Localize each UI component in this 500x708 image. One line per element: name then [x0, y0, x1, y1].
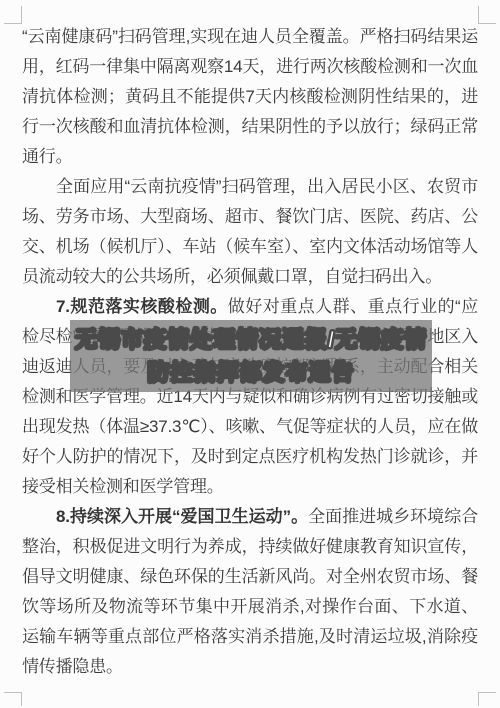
paragraph-text: 全面推进城乡环境综合整治，积极促进文明行为养成，持续做好健康教育知识宣传，倡导文…: [22, 507, 478, 676]
paragraph-health-code: “云南健康码”扫码管理,实现在迪人员全覆盖。严格扫码结果运用，红码一律集中隔离观…: [22, 22, 478, 172]
paragraph-heading: 7.规范落实核酸检测。: [56, 297, 228, 316]
text-boundary-mark-top-left: [4, 6, 22, 24]
headline-overlay: 无锡市疫情处理情况通报/无锡疫情 防控指挥部发布通告: [70, 320, 432, 392]
document-page: “云南健康码”扫码管理,实现在迪人员全覆盖。严格扫码结果运用，红码一律集中隔离观…: [0, 0, 500, 708]
paragraph-heading: 8.持续深入开展“爱国卫生运动”。: [56, 507, 308, 526]
text-boundary-mark-bottom-right: [478, 692, 496, 706]
paragraph-text: “云南健康码”扫码管理,实现在迪人员全覆盖。严格扫码结果运用，红码一律集中隔离观…: [22, 27, 478, 166]
headline-line-2: 防控指挥部发布通告: [147, 356, 354, 389]
paragraph-item-8-patriotic-health: 8.持续深入开展“爱国卫生运动”。全面推进城乡环境综合整治，积极促进文明行为养成…: [22, 502, 478, 682]
text-boundary-mark-bottom-left: [4, 692, 22, 706]
paragraph-scan-code-places: 全面应用“云南抗疫情”扫码管理，出入居民小区、农贸市场、劳务市场、大型商场、超市…: [22, 172, 478, 292]
text-boundary-mark-top-right: [478, 6, 496, 24]
paragraph-text: 全面应用“云南抗疫情”扫码管理，出入居民小区、农贸市场、劳务市场、大型商场、超市…: [22, 177, 478, 286]
headline-line-1: 无锡市疫情处理情况通报/无锡疫情: [75, 323, 427, 356]
